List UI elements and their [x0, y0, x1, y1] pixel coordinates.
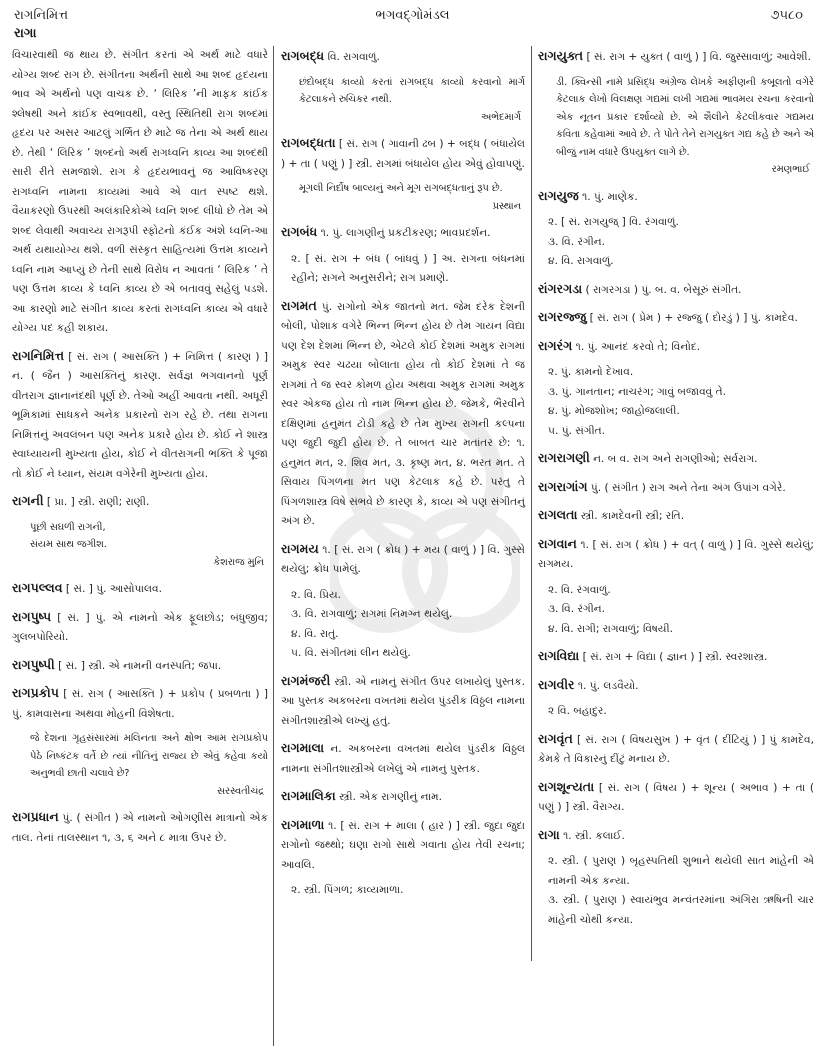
- citation-quote: જે દેશના ગૃહસંસારમાં મલિનતા અને ક્ષોભ આમ…: [12, 730, 268, 800]
- entry-text: ૧. પું. લાગણીનું પ્રકટીકરણ; ભાવપ્રદર્શન.: [321, 227, 491, 239]
- dictionary-entry: રાગા ૧. સ્ત્રી. કલાઈ.૨. સ્ત્રી. ( પુરાણ …: [538, 825, 814, 931]
- dictionary-title: ભગવદ્ગોમંડલ: [0, 8, 825, 23]
- quote-line: છંદોબદ્ધ કાવ્યો કરતાં રાગબદ્ધ કાવ્યો કરવ…: [299, 74, 525, 109]
- entry-text: [ સં. ] પું. એ નામનો એક ફૂલછોડ; બંધુજીવ;…: [12, 612, 268, 644]
- citation-quote: છંદોબદ્ધ કાવ્યો કરતાં રાગબદ્ધ કાવ્યો કરવ…: [281, 74, 525, 127]
- dictionary-entry: રાંગરગડા ( રાગરગડા ) પું. બ. વ. બેસૂરું …: [538, 279, 814, 301]
- citation-quote: પૂછી સઘળી રાગની,સંયમ સાથ જગીશ.કેશરાજ મુન…: [12, 519, 268, 572]
- entry-headword: રાગનિમિત્ત: [12, 348, 64, 363]
- entry-definition: રાગપલ્લવ [ સં. ] પું. આસોપાલવ.: [12, 578, 268, 600]
- quote-source: કેશરાજ મુનિ: [213, 554, 268, 572]
- dictionary-page: રાગનિમિત્ત રાગા ભગવદ્ગોમંડલ ૭૫૮૦ વિચારવા…: [0, 0, 825, 1064]
- dictionary-entry: રાગમત પું. રાગોનો એક જાતનો મત. જેમ દરેક …: [281, 296, 525, 532]
- quote-line: મૂગલી નિર્દોષ બાલ્યનું અને મૂગ રાગબદ્ધતા…: [299, 180, 525, 198]
- column-divider: [273, 46, 274, 1046]
- citation-quote: મૂગલી નિર્દોષ બાલ્યનું અને મૂગ રાગબદ્ધતા…: [281, 180, 525, 215]
- entry-text: ૧. [ સં. રાગ ( ક્રોધ ) + વત્ ( વાળું ) ]…: [538, 539, 814, 571]
- entry-sense: ૨. સ્ત્રી. પિંગળ; કાવ્યમાળા.: [281, 881, 525, 901]
- entry-definition: રાગયુજ ૧. પું. માણેક.: [538, 186, 814, 208]
- entry-headword: રાગમત: [281, 298, 317, 313]
- entry-definition: રાગરાગાંગ પું. ( સંગીત ) રાગ અને તેના અં…: [538, 477, 814, 499]
- entry-definition: વિચારવાથી જ થાય છે. સંગીત કરતાં એ અર્થ મ…: [12, 46, 268, 339]
- entry-definition: રાગવૃંત [ સં. રાગ ( વિષયસુખ ) + વૃંત ( દ…: [538, 729, 814, 770]
- entry-headword: રાગવિદ્યા: [538, 648, 579, 663]
- entry-headword: રાગપલ્લવ: [12, 580, 63, 595]
- entry-text: ૧. સ્ત્રી. કલાઈ.: [563, 830, 625, 842]
- entry-definition: રાગબંધ ૧. પું. લાગણીનું પ્રકટીકરણ; ભાવપ્…: [281, 222, 525, 244]
- dictionary-entry: રાગરાગણી ન. બ વ. રાગ અને રાગણીઓ; સર્વરાગ…: [538, 448, 814, 470]
- dictionary-entry: રાગરજ્જુ [ સં. રાગ ( પ્રેમ ) + રજ્જુ ( દ…: [538, 307, 814, 329]
- entry-sense: ૫. પું. સંગીત.: [538, 422, 814, 442]
- entry-sense: ૨. વિ. રંગવાળું.: [538, 581, 814, 601]
- entry-headword: રાગમાલા: [281, 740, 324, 755]
- dictionary-entry: રાગબદ્ધતા [ સં. રાગ ( ગાવાની ઢબ ) + બદ્ધ…: [281, 133, 525, 215]
- entry-headword: રાગપુષ્પી: [12, 657, 55, 672]
- entry-sense: ૨. [ સં. રાગયુજ્ ] વિ. રંગવાળું.: [538, 213, 814, 233]
- dictionary-entry: રાગમય ૧. [ સં. રાગ ( ક્રોધ ) + મય ( વાળુ…: [281, 539, 525, 664]
- quote-source: અભેદમાર્ગ: [481, 109, 525, 127]
- entry-text: [ સં. રાગ ( આસક્તિ ) + નિમિત્ત ( કારણ ) …: [12, 351, 268, 480]
- entry-text: ૧. પું. માણેક.: [582, 191, 638, 203]
- entry-definition: રાંગરગડા ( રાગરગડા ) પું. બ. વ. બેસૂરું …: [538, 279, 814, 301]
- entry-definition: રાગવિદ્યા [ સં. રાગ + વિદ્યા ( જ્ઞાન ) ]…: [538, 646, 814, 668]
- entry-definition: રાગા ૧. સ્ત્રી. કલાઈ.: [538, 825, 814, 847]
- entry-headword: રાગમંજરી: [281, 673, 330, 688]
- column-divider: [531, 46, 532, 961]
- entry-sense: ૪. વિ. રાતું.: [281, 625, 525, 645]
- entry-sense: ૨. વિ. પ્રિય.: [281, 586, 525, 606]
- entry-headword: રાગબંધ: [281, 224, 317, 239]
- dictionary-entry: રાગશૂન્યતા [ સં. રાગ ( વિષય ) + શૂન્ય ( …: [538, 777, 814, 818]
- entry-definition: રાગરજ્જુ [ સં. રાગ ( પ્રેમ ) + રજ્જુ ( દ…: [538, 307, 814, 329]
- dictionary-entry: રાગવીર ૧. પું. લડવૈયો.૨ વિ. બહાદુર.: [538, 675, 814, 722]
- entry-headword: રાગયુજ: [538, 188, 579, 203]
- quote-source: પ્રસ્થાન: [493, 198, 525, 216]
- dictionary-entry: રાગવાન ૧. [ સં. રાગ ( ક્રોધ ) + વત્ ( વા…: [538, 534, 814, 640]
- entry-definition: રાગમાળા ૧. [ સં. રાગ + માલા ( હાર ) ] સ્…: [281, 815, 525, 876]
- entry-headword: રાગરાગાંગ: [538, 479, 588, 494]
- dictionary-entry: વિચારવાથી જ થાય છે. સંગીત કરતાં એ અર્થ મ…: [12, 46, 268, 339]
- dictionary-entry: રાગપ્રકોપ [ સં. રાગ ( આસક્તિ ) + પ્રકોપ …: [12, 683, 268, 800]
- quote-line: ડી. ક્વિન્સી નામે પ્રસિદ્ધ અંગ્રેજ લેખકે…: [556, 74, 814, 162]
- column-2: રાગબદ્ધ વિ. રાગવાળું.છંદોબદ્ધ કાવ્યો કરત…: [281, 46, 525, 908]
- entry-text: વિ. રાગવાળું.: [328, 51, 380, 63]
- dictionary-entry: રાગપુષ્પી [ સં. ] સ્ત્રી. એ નામની વનસ્પત…: [12, 655, 268, 677]
- entry-text: ન. બ વ. રાગ અને રાગણીઓ; સર્વરાગ.: [593, 453, 757, 465]
- dictionary-entry: રાગવિદ્યા [ સં. રાગ + વિદ્યા ( જ્ઞાન ) ]…: [538, 646, 814, 668]
- entry-text: ( રાગરગડા ) પું. બ. વ. બેસૂરું સંગીત.: [586, 284, 742, 296]
- entry-text: [ સં. રાગ ( વિષયસુખ ) + વૃંત ( દીંટિયું …: [538, 734, 814, 766]
- entry-definition: રાગવીર ૧. પું. લડવૈયો.: [538, 675, 814, 697]
- dictionary-entry: રાગપલ્લવ [ સં. ] પું. આસોપાલવ.: [12, 578, 268, 600]
- dictionary-entry: રાગની [ પ્રા. ] સ્ત્રી. રાણી; રાણી.પૂછી …: [12, 491, 268, 571]
- entry-headword: રાગરાગણી: [538, 450, 590, 465]
- entry-headword: રાગલતા: [538, 507, 577, 522]
- entry-sense: ૩. પું. ગાનતાન; નાચરંગ; ગાવું બજાવવું તે…: [538, 383, 814, 403]
- entry-definition: રાગપુષ્પ [ સં. ] પું. એ નામનો એક ફૂલછોડ;…: [12, 607, 268, 648]
- dictionary-entry: રાગમંજરી સ્ત્રી. એ નામનું સંગીત ઉપર લખાય…: [281, 671, 525, 732]
- column-1: વિચારવાથી જ થાય છે. સંગીત કરતાં એ અર્થ મ…: [12, 46, 268, 855]
- entry-headword: રાગપ્રધાન: [12, 809, 59, 824]
- entry-headword: રાગવીર: [538, 677, 574, 692]
- entry-definition: રાગની [ પ્રા. ] સ્ત્રી. રાણી; રાણી.: [12, 491, 268, 513]
- entry-text: [ સં. ] પું. આસોપાલવ.: [66, 583, 162, 595]
- entry-sense: ૨. [ સં. રાગ + બંધ ( બાંધવું ) ] અ. રાગન…: [281, 250, 525, 289]
- entry-sense: ૪. વિ. રાગી; રાગવાળું; વિષયી.: [538, 620, 814, 640]
- dictionary-entry: રાગમાલા ન. અકબરના વખતમાં થયેલ પુંડરીક વિ…: [281, 738, 525, 779]
- entry-headword: રાગરંગ: [538, 338, 572, 353]
- entry-headword: રાગબદ્ધતા: [281, 135, 336, 150]
- entry-definition: રાગમાલિકા સ્ત્રી. એક રાગણીનું નામ.: [281, 786, 525, 808]
- entry-text: સ્ત્રી. કામદેવની સ્ત્રી; રતિ.: [581, 510, 684, 522]
- entry-sense: ૨ વિ. બહાદુર.: [538, 702, 814, 722]
- entry-text: [ પ્રા. ] સ્ત્રી. રાણી; રાણી.: [47, 496, 149, 508]
- entry-headword: રાગવાન: [538, 536, 577, 551]
- dictionary-entry: રાગયુક્ત [ સં. રાગ + યુક્ત ( વાળું ) ] વ…: [538, 46, 814, 179]
- entry-headword: રાગશૂન્યતા: [538, 779, 594, 794]
- guide-word-last: રાગા: [14, 26, 37, 41]
- entry-definition: રાગમત પું. રાગોનો એક જાતનો મત. જેમ દરેક …: [281, 296, 525, 532]
- entry-definition: રાગપુષ્પી [ સં. ] સ્ત્રી. એ નામની વનસ્પત…: [12, 655, 268, 677]
- entry-definition: રાગમય ૧. [ સં. રાગ ( ક્રોધ ) + મય ( વાળુ…: [281, 539, 525, 580]
- dictionary-entry: રાગનિમિત્ત [ સં. રાગ ( આસક્તિ ) + નિમિત્…: [12, 346, 268, 485]
- entry-headword: રાગની: [12, 493, 44, 508]
- dictionary-entry: રાગલતા સ્ત્રી. કામદેવની સ્ત્રી; રતિ.: [538, 505, 814, 527]
- entry-headword: રાગરજ્જુ: [538, 309, 586, 324]
- entry-headword: રાગપ્રકોપ: [12, 685, 59, 700]
- dictionary-entry: રાગમાલિકા સ્ત્રી. એક રાગણીનું નામ.: [281, 786, 525, 808]
- entry-sense: ૪. વિ. રાગવાળું.: [538, 252, 814, 272]
- entry-headword: રાગા: [538, 827, 560, 842]
- entry-definition: રાગપ્રધાન પું. ( સંગીત ) એ નામનો ઓગણીસ મ…: [12, 807, 268, 848]
- entry-text: [ સં. રાગ + વિદ્યા ( જ્ઞાન ) ] સ્ત્રી. સ…: [583, 651, 768, 663]
- quote-line: જે દેશના ગૃહસંસારમાં મલિનતા અને ક્ષોભ આમ…: [30, 730, 268, 783]
- entry-definition: રાગપ્રકોપ [ સં. રાગ ( આસક્તિ ) + પ્રકોપ …: [12, 683, 268, 724]
- entry-definition: રાગવાન ૧. [ સં. રાગ ( ક્રોધ ) + વત્ ( વા…: [538, 534, 814, 575]
- entry-definition: રાગરાગણી ન. બ વ. રાગ અને રાગણીઓ; સર્વરાગ…: [538, 448, 814, 470]
- entry-headword: રાગપુષ્પ: [12, 609, 51, 624]
- dictionary-entry: રાગવૃંત [ સં. રાગ ( વિષયસુખ ) + વૃંત ( દ…: [538, 729, 814, 770]
- dictionary-entry: રાગબદ્ધ વિ. રાગવાળું.છંદોબદ્ધ કાવ્યો કરત…: [281, 46, 525, 126]
- entry-headword: રાગવૃંત: [538, 731, 573, 746]
- entry-headword: રાગમય: [281, 541, 319, 556]
- entry-sense: ૨. પું. કામનો દેખાવ.: [538, 363, 814, 383]
- entry-text: પું. ( સંગીત ) રાગ અને તેના અંગ ઉપાંગ વગ…: [591, 482, 786, 494]
- entry-text: ૧. પું. લડવૈયો.: [578, 680, 639, 692]
- entry-definition: રાગનિમિત્ત [ સં. રાગ ( આસક્તિ ) + નિમિત્…: [12, 346, 268, 485]
- entry-sense: ૪. પું. મોજશોખ; જાહોજલાલી.: [538, 402, 814, 422]
- dictionary-entry: રાગપુષ્પ [ સં. ] પું. એ નામનો એક ફૂલછોડ;…: [12, 607, 268, 648]
- citation-quote: ડી. ક્વિન્સી નામે પ્રસિદ્ધ અંગ્રેજ લેખકે…: [538, 74, 814, 179]
- page-number: ૭૫૮૦: [770, 8, 803, 23]
- quote-source: રમણભાઈ: [772, 161, 814, 179]
- entry-sense: ૫. વિ. સંગીતમાં લીન થયેલું.: [281, 644, 525, 664]
- entry-text: [ સં. રાગ + યુક્ત ( વાળું ) ] વિ. જુસ્સા…: [586, 51, 811, 63]
- entry-text: ૧. પું. આનંદ કરવો તે; વિનોદ.: [576, 341, 701, 353]
- dictionary-entry: રાગબંધ ૧. પું. લાગણીનું પ્રકટીકરણ; ભાવપ્…: [281, 222, 525, 289]
- entry-definition: રાગશૂન્યતા [ સં. રાગ ( વિષય ) + શૂન્ય ( …: [538, 777, 814, 818]
- entry-sense: ૩. વિ. રંગીન.: [538, 233, 814, 253]
- entry-definition: રાગમાલા ન. અકબરના વખતમાં થયેલ પુંડરીક વિ…: [281, 738, 525, 779]
- entry-text: સ્ત્રી. એક રાગણીનું નામ.: [339, 791, 442, 803]
- dictionary-entry: રાગરંગ ૧. પું. આનંદ કરવો તે; વિનોદ.૨. પુ…: [538, 336, 814, 442]
- entry-text: પું. રાગોનો એક જાતનો મત. જેમ દરેક દેશની …: [281, 301, 525, 528]
- entry-headword: રાગબદ્ધ: [281, 48, 324, 63]
- entry-text: [ સં. ] સ્ત્રી. એ નામની વનસ્પતિ; જપા.: [58, 660, 221, 672]
- entry-sense: ૩. સ્ત્રી. ( પુરાણ ) સ્વાયંભુવ મન્વંતરમા…: [538, 891, 814, 930]
- entry-definition: રાગલતા સ્ત્રી. કામદેવની સ્ત્રી; રતિ.: [538, 505, 814, 527]
- entry-definition: રાગમંજરી સ્ત્રી. એ નામનું સંગીત ઉપર લખાય…: [281, 671, 525, 732]
- quote-source: સરસ્વતીચંદ્ર: [217, 783, 268, 801]
- column-3: રાગયુક્ત [ સં. રાગ + યુક્ત ( વાળું ) ] વ…: [538, 46, 814, 937]
- dictionary-entry: રાગપ્રધાન પું. ( સંગીત ) એ નામનો ઓગણીસ મ…: [12, 807, 268, 848]
- quote-line: પૂછી સઘળી રાગની,: [30, 519, 268, 537]
- entry-definition: રાગયુક્ત [ સં. રાગ + યુક્ત ( વાળું ) ] વ…: [538, 46, 814, 68]
- entry-definition: રાગબદ્ધ વિ. રાગવાળું.: [281, 46, 525, 68]
- entry-text: [ સં. રાગ ( પ્રેમ ) + રજ્જુ ( દોરડું ) ]…: [590, 312, 798, 324]
- entry-definition: રાગબદ્ધતા [ સં. રાગ ( ગાવાની ઢબ ) + બદ્ધ…: [281, 133, 525, 174]
- entry-sense: ૨. સ્ત્રી. ( પુરાણ ) બૃહસ્પતિથી શુભાને થ…: [538, 852, 814, 891]
- entry-headword: રાંગરગડા: [538, 281, 582, 296]
- dictionary-entry: રાગયુજ ૧. પું. માણેક.૨. [ સં. રાગયુજ્ ] …: [538, 186, 814, 272]
- entry-sense: ૩. વિ. રાગવાળું; રાગમાં નિમગ્ન થયેલું.: [281, 605, 525, 625]
- dictionary-entry: રાગમાળા ૧. [ સં. રાગ + માલા ( હાર ) ] સ્…: [281, 815, 525, 901]
- entry-headword: રાગમાળા: [281, 817, 324, 832]
- entry-sense: ૩. વિ. રંગીન.: [538, 600, 814, 620]
- entry-text: વિચારવાથી જ થાય છે. સંગીત કરતાં એ અર્થ મ…: [12, 49, 268, 334]
- entry-definition: રાગરંગ ૧. પું. આનંદ કરવો તે; વિનોદ.: [538, 336, 814, 358]
- quote-line: સંયમ સાથ જગીશ.: [30, 536, 268, 554]
- page-header: રાગનિમિત્ત રાગા ભગવદ્ગોમંડલ ૭૫૮૦: [0, 4, 825, 44]
- entry-headword: રાગમાલિકા: [281, 788, 336, 803]
- entry-headword: રાગયુક્ત: [538, 48, 583, 63]
- dictionary-entry: રાગરાગાંગ પું. ( સંગીત ) રાગ અને તેના અં…: [538, 477, 814, 499]
